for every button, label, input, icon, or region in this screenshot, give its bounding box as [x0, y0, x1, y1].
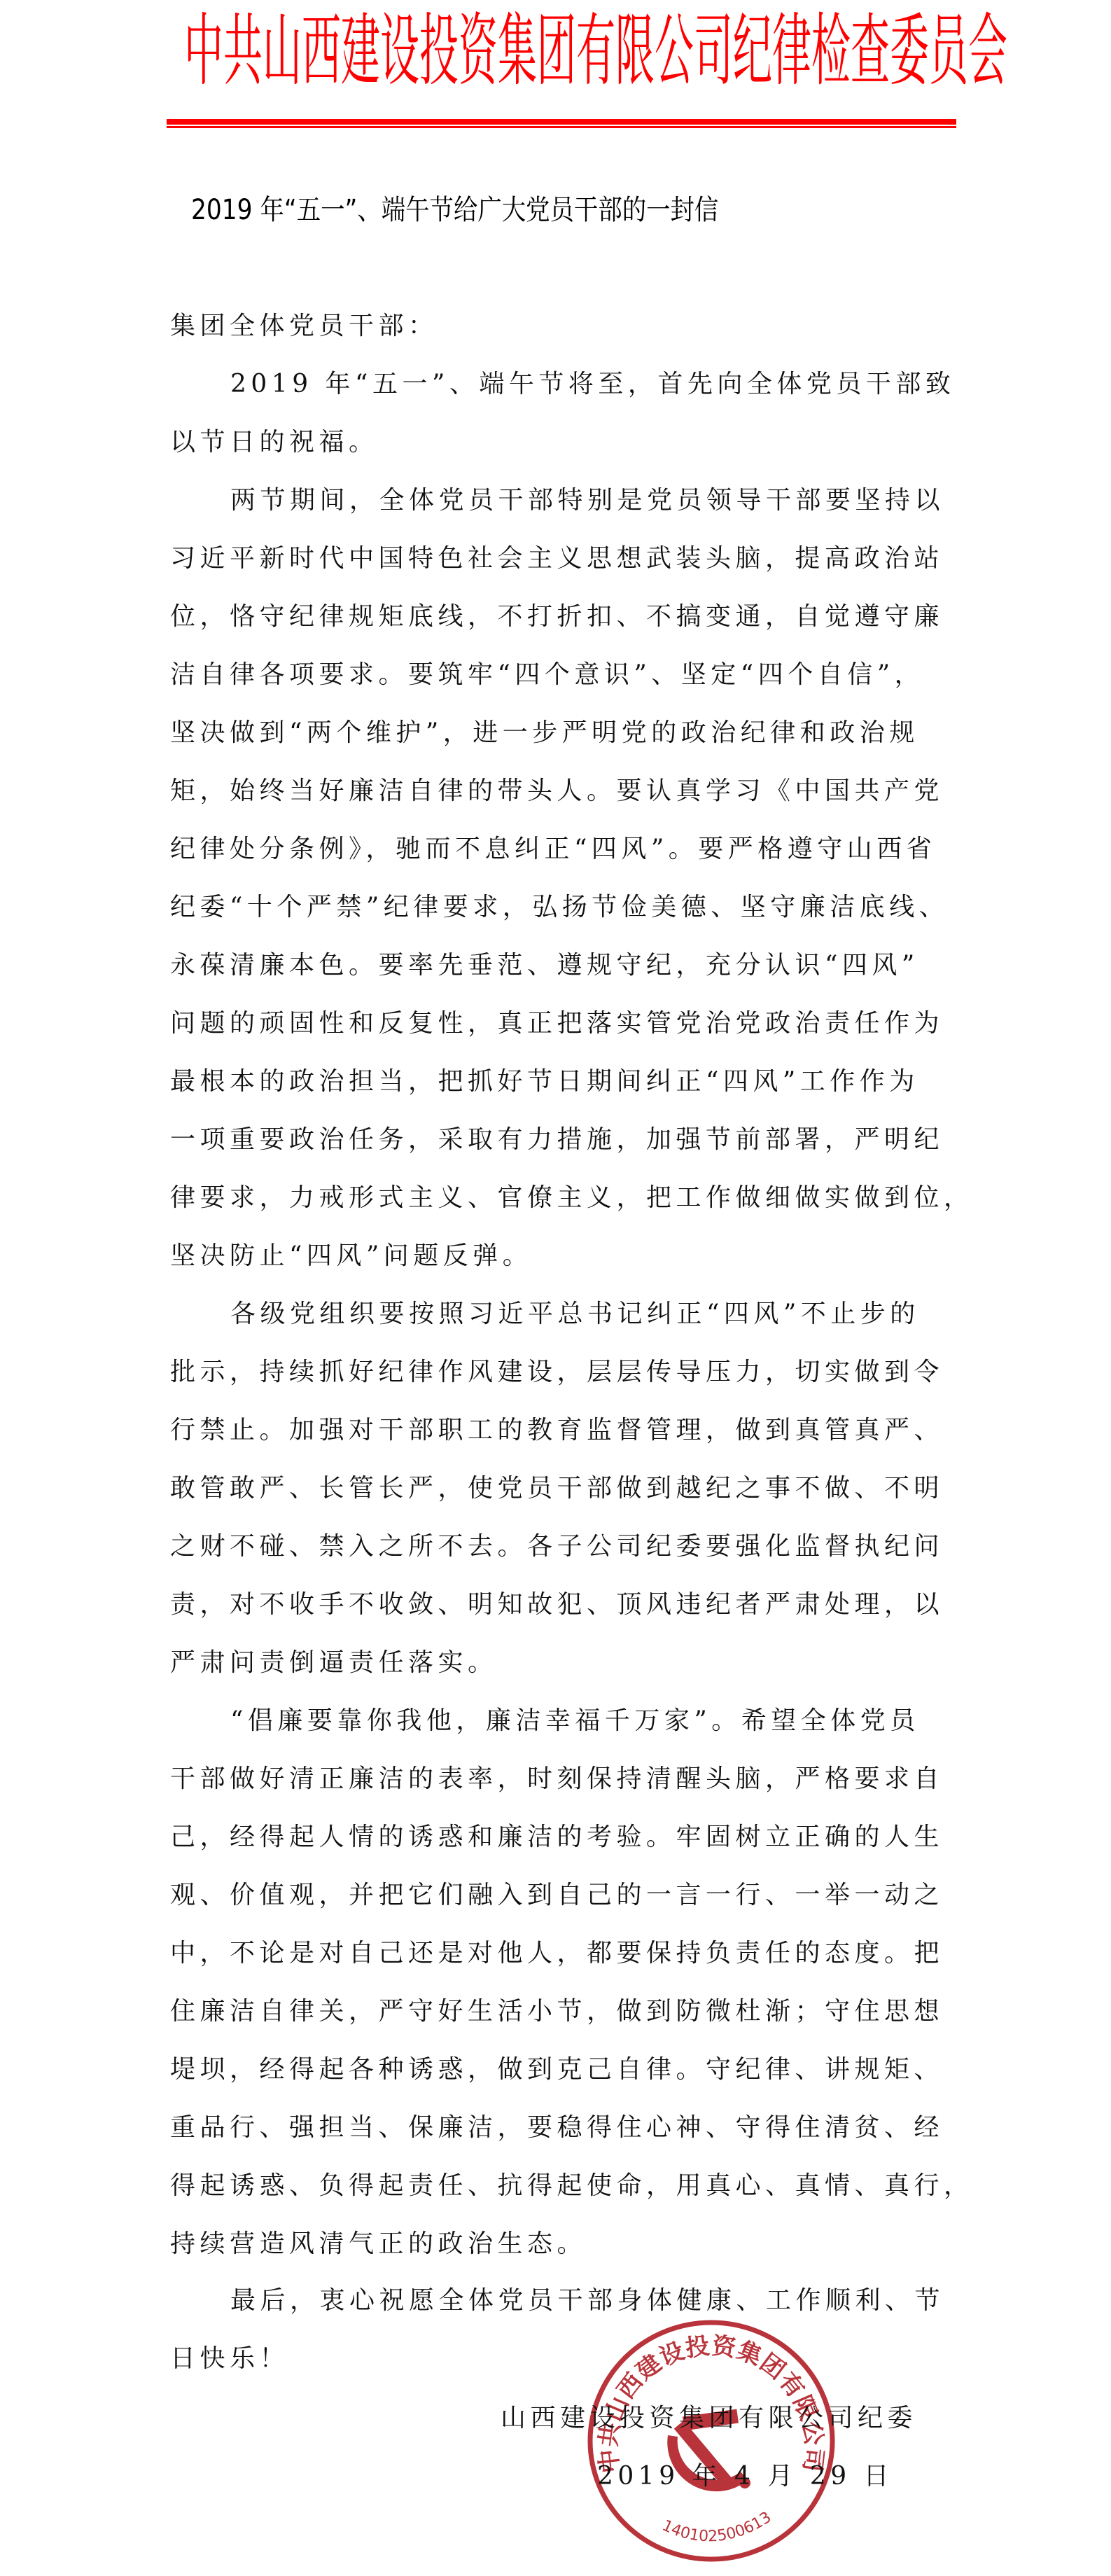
- masthead-title-text: 中共山西建设投资集团有限公司纪律检查委员会: [184, 6, 1007, 97]
- body-line: 各级党组织要按照习近平总书记纠正“四风”不止步的: [170, 1285, 1007, 1343]
- body-line: 己，经得起人情的诱惑和廉洁的考验。牢固树立正确的人生: [170, 1808, 947, 1866]
- body-line: 位，恪守纪律规矩底线，不打折扣、不搞变通，自觉遵守廉: [170, 587, 947, 646]
- document-title: 2019 年“五一”、端午节给广大党员干部的一封信: [191, 190, 926, 230]
- body-line: 两节期间，全体党员干部特别是党员领导干部要坚持以: [170, 471, 1007, 529]
- document-title-text: 2019 年“五一”、端午节给广大党员干部的一封信: [191, 190, 718, 230]
- body-line: 纪委“十个严禁”纪律要求，弘扬节俭美德、坚守廉洁底线、: [170, 878, 947, 936]
- body-line: 最根本的政治担当，把抓好节日期间纠正“四风”工作作为: [170, 1052, 947, 1111]
- body-line: 坚决做到“两个维护”，进一步严明党的政治纪律和政治规: [170, 704, 947, 762]
- body-line: 住廉洁自律关，严守好生活小节，做到防微杜渐；守住思想: [170, 1982, 947, 2040]
- signature-date: 2019 年 4 月 29 日: [597, 2447, 893, 2505]
- body-line: 以节日的祝福。: [170, 413, 947, 471]
- body-line: 2019 年“五一”、端午节将至，首先向全体党员干部致: [170, 355, 1007, 413]
- masthead-rule-thick: [167, 119, 956, 125]
- body-line: 严肃问责倒逼责任落实。: [170, 1634, 947, 1692]
- body-line: 重品行、强担当、保廉洁，要稳得住心神、守得住清贫、经: [170, 2098, 947, 2157]
- body-line: 永葆清廉本色。要率先垂范、遵规守纪，充分认识“四风”: [170, 936, 947, 994]
- body-line: 持续营造风清气正的政治生态。: [170, 2215, 947, 2273]
- body-line: 之财不碰、禁入之所不去。各子公司纪委要强化监督执纪问: [170, 1517, 947, 1575]
- body-line: 习近平新时代中国特色社会主义思想武装头脑，提高政治站: [170, 529, 947, 587]
- body-line: 得起诱惑、负得起责任、抗得起使命，用真心、真情、真行，: [170, 2157, 947, 2215]
- body-line: 纪律处分条例》，驰而不息纠正“四风”。要严格遵守山西省: [170, 820, 947, 878]
- body-line: 行禁止。加强对干部职工的教育监督管理，做到真管真严、: [170, 1401, 947, 1459]
- body-line: 干部做好清正廉洁的表率，时刻保持清醒头脑，严格要求自: [170, 1750, 947, 1808]
- salutation: 集团全体党员干部：: [170, 297, 947, 355]
- body-line: 堤坝，经得起各种诱惑，做到克己自律。守纪律、讲规矩、: [170, 2040, 947, 2098]
- signature-org: 山西建设投资集团有限公司纪委: [501, 2389, 917, 2447]
- body-line: 批示，持续抓好纪律作风建设，层层传导压力，切实做到令: [170, 1343, 947, 1401]
- body-line: 矩，始终当好廉洁自律的带头人。要认真学习《中国共产党: [170, 762, 947, 820]
- body-line: 责，对不收手不收敛、明知故犯、顶风违纪者严肃处理，以: [170, 1575, 947, 1634]
- body-line: 坚决防止“四风”问题反弹。: [170, 1227, 947, 1285]
- body-line: “倡廉要靠你我他，廉洁幸福千万家”。希望全体党员: [170, 1692, 1007, 1750]
- body-line: 律要求，力戒形式主义、官僚主义，把工作做细做实做到位，: [170, 1169, 947, 1227]
- masthead-title: 中共山西建设投资集团有限公司纪律检查委员会: [184, 6, 929, 97]
- body-line: 一项重要政治任务，采取有力措施，加强节前部署，严明纪: [170, 1111, 947, 1169]
- letter-page: 中共山西建设投资集团有限公司纪律检查委员会 2019 年“五一”、端午节给广大党…: [0, 0, 1111, 2576]
- body-line: 洁自律各项要求。要筑牢“四个意识”、坚定“四个自信”，: [170, 646, 947, 704]
- body-line: 中，不论是对自己还是对他人，都要保持负责任的态度。把: [170, 1924, 947, 1982]
- body-line: 敢管敢严、长管长严，使党员干部做到越纪之事不做、不明: [170, 1459, 947, 1517]
- masthead-rule-thin: [167, 126, 956, 128]
- body-line: 问题的顽固性和反复性，真正把落实管党治党政治责任作为: [170, 994, 947, 1052]
- body-line: 观、价值观，并把它们融入到自己的一言一行、一举一动之: [170, 1866, 947, 1924]
